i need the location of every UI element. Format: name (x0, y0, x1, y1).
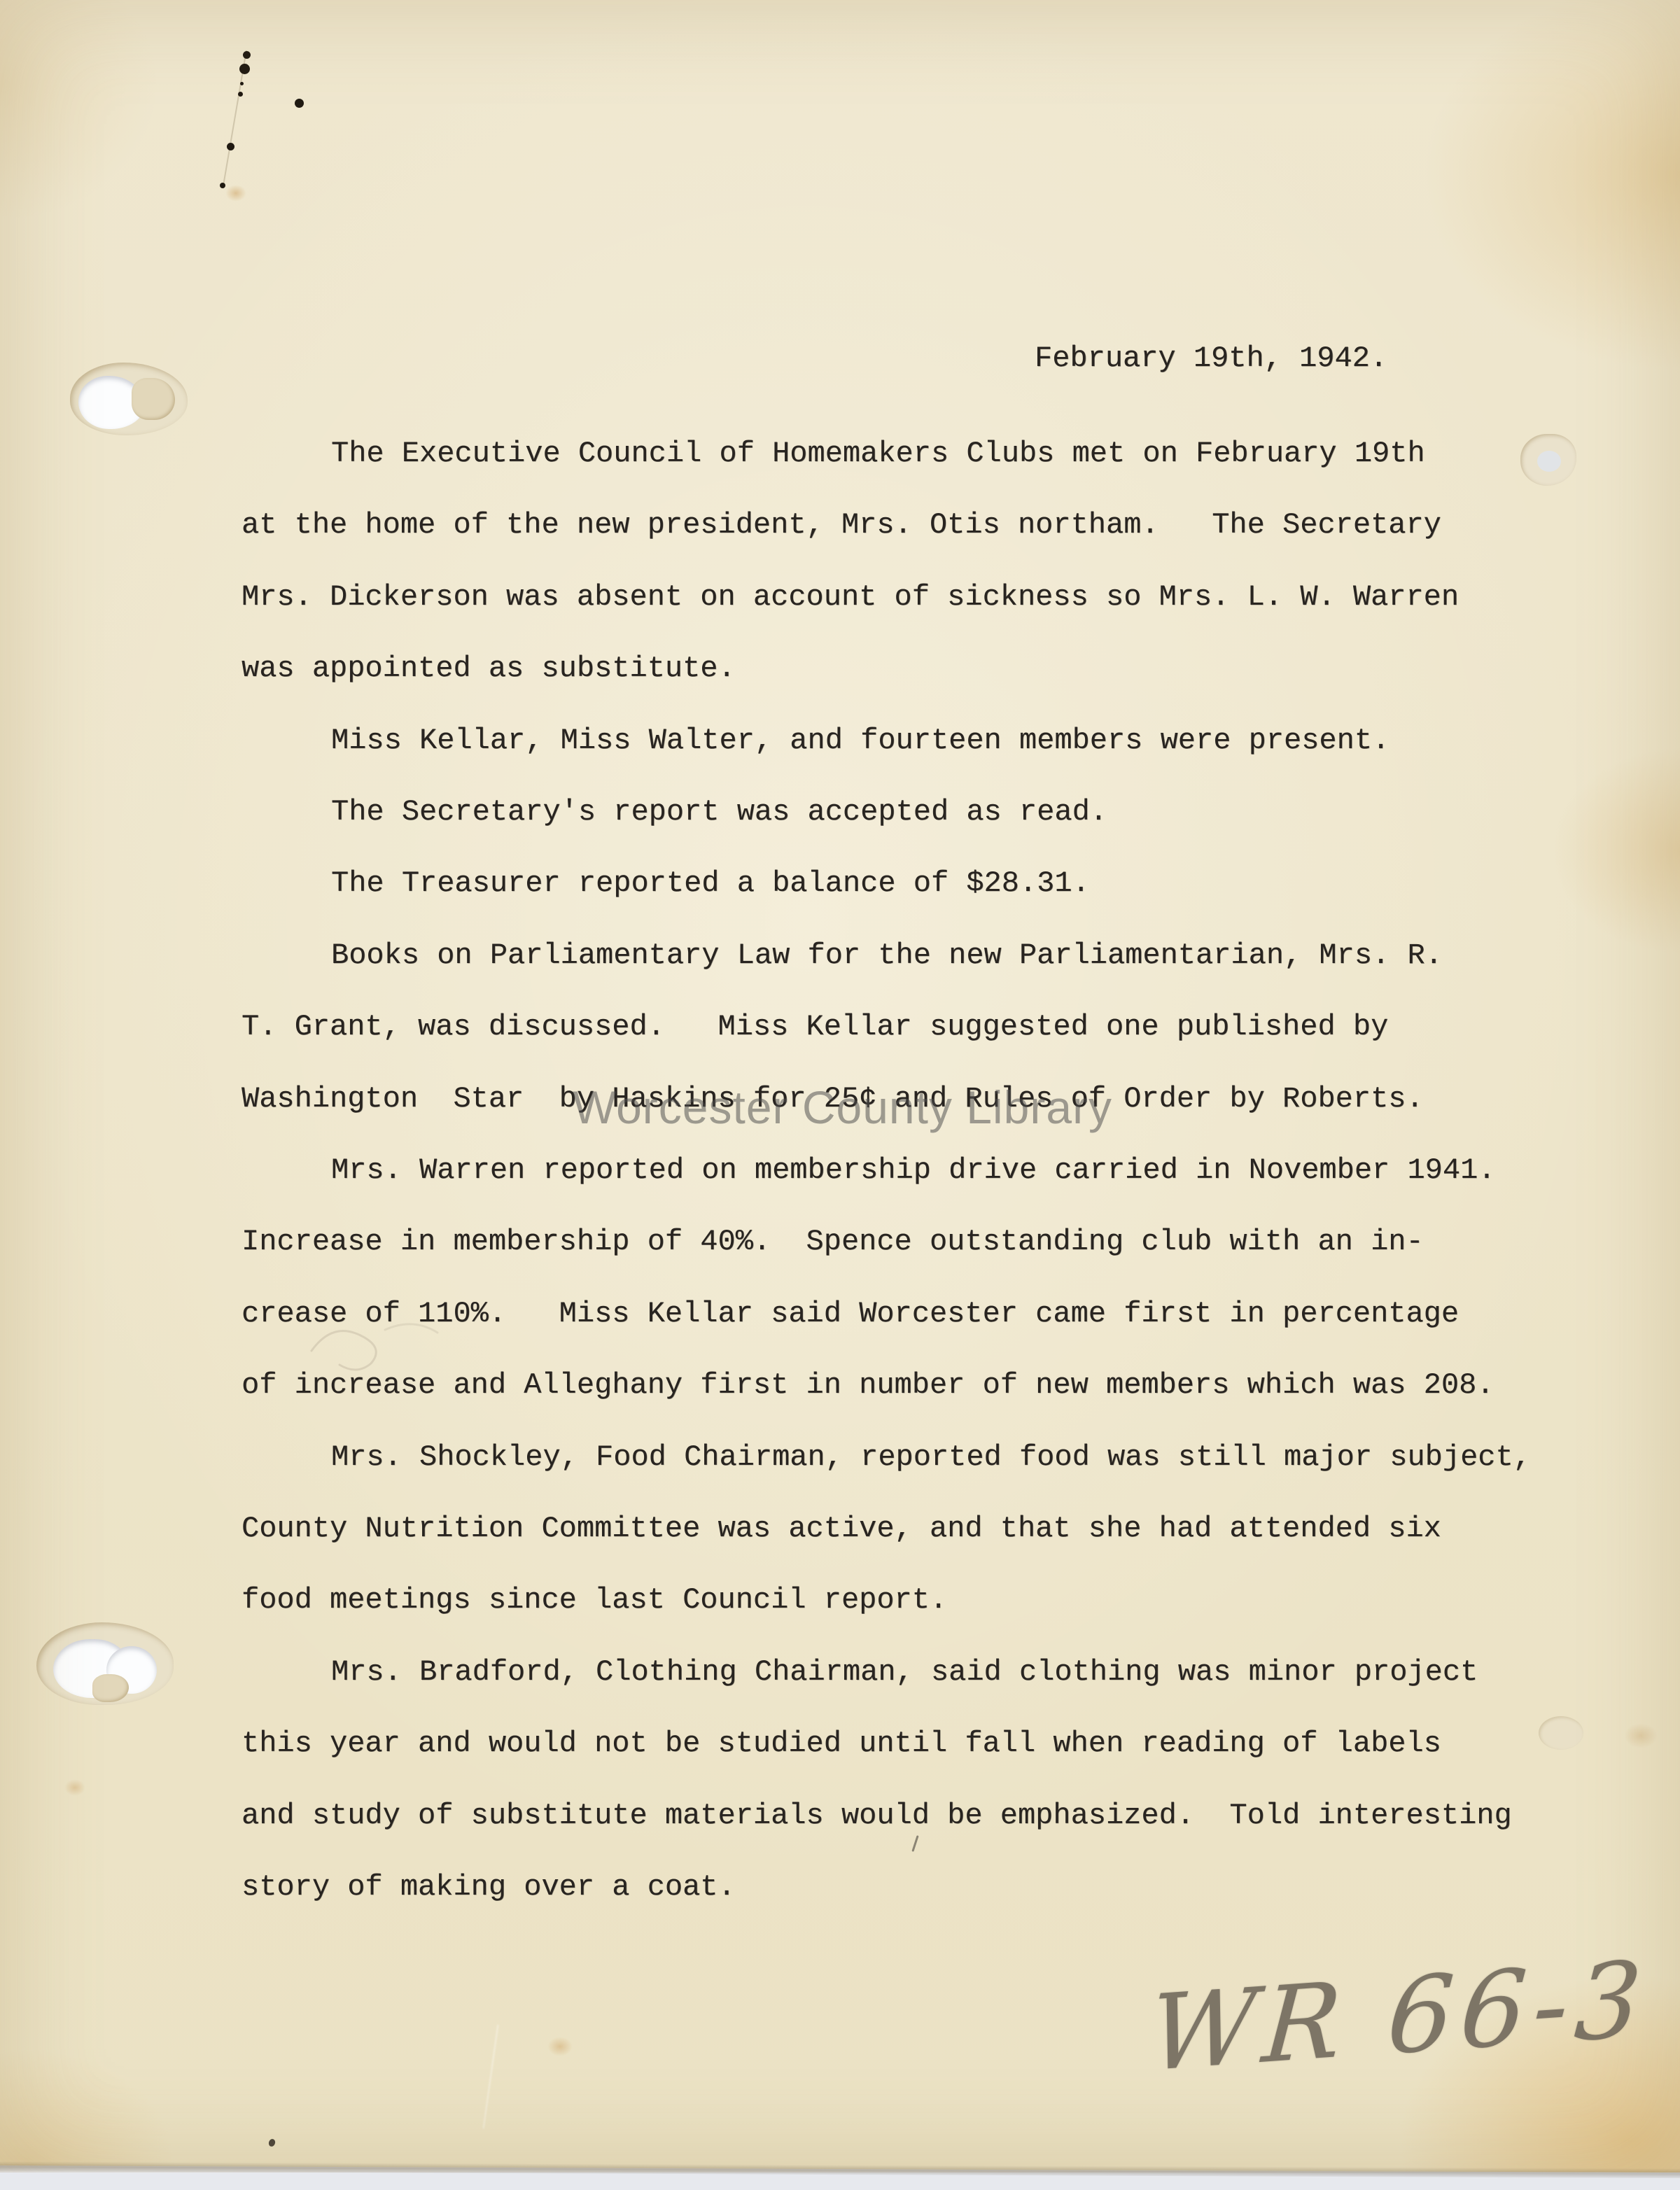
typewritten-line: The Secretary's report was accepted as r… (331, 797, 1107, 827)
pencil-smudge (301, 1309, 455, 1386)
ink-splatter-dot (240, 82, 244, 85)
ink-splatter-dot (243, 51, 251, 59)
typewritten-line: The Executive Council of Homemakers Club… (331, 439, 1425, 468)
typewritten-line: story of making over a coat. (241, 1872, 736, 1902)
typewritten-line: at the home of the new president, Mrs. O… (241, 510, 1441, 540)
date-line: February 19th, 1942. (1035, 344, 1387, 373)
scanned-document: { "colors": { "paper": "#eee6cd", "ink":… (0, 0, 1680, 2190)
typewritten-line: Miss Kellar, Miss Walter, and fourteen m… (331, 726, 1389, 755)
library-watermark: Worcester County Library (573, 1084, 1112, 1130)
typewritten-line: Mrs. Warren reported on membership drive… (331, 1156, 1495, 1185)
typewritten-line: this year and would not be studied until… (241, 1729, 1441, 1758)
typewritten-line: Increase in membership of 40%. Spence ou… (241, 1227, 1424, 1256)
typewritten-line: Books on Parliamentary Law for the new P… (331, 941, 1443, 970)
typewritten-line: Mrs. Bradford, Clothing Chairman, said c… (331, 1657, 1478, 1687)
ink-splatter-dot (238, 92, 243, 97)
edge-tear-right-upper-center (1537, 451, 1561, 472)
typewritten-line: food meetings since last Council report. (241, 1585, 947, 1615)
ink-splatter-dot (227, 143, 234, 150)
typewritten-line: was appointed as substitute. (241, 654, 736, 683)
ink-splatter-dot (220, 183, 225, 188)
typewritten-line: County Nutrition Committee was active, a… (241, 1514, 1441, 1543)
typewritten-line: Mrs. Shockley, Food Chairman, reported f… (331, 1443, 1531, 1472)
edge-tear-right-lower (1539, 1716, 1583, 1750)
ink-splatter-dot (239, 64, 250, 74)
punch-hole-flap-upper (132, 378, 175, 420)
typewritten-line: and study of substitute materials would … (241, 1801, 1512, 1830)
typewritten-line: The Treasurer reported a balance of $28.… (331, 869, 1090, 898)
typewritten-line: T. Grant, was discussed. Miss Kellar sug… (241, 1012, 1388, 1041)
typewritten-line: Mrs. Dickerson was absent on account of … (241, 582, 1459, 612)
ink-splatter-dot (295, 99, 304, 108)
